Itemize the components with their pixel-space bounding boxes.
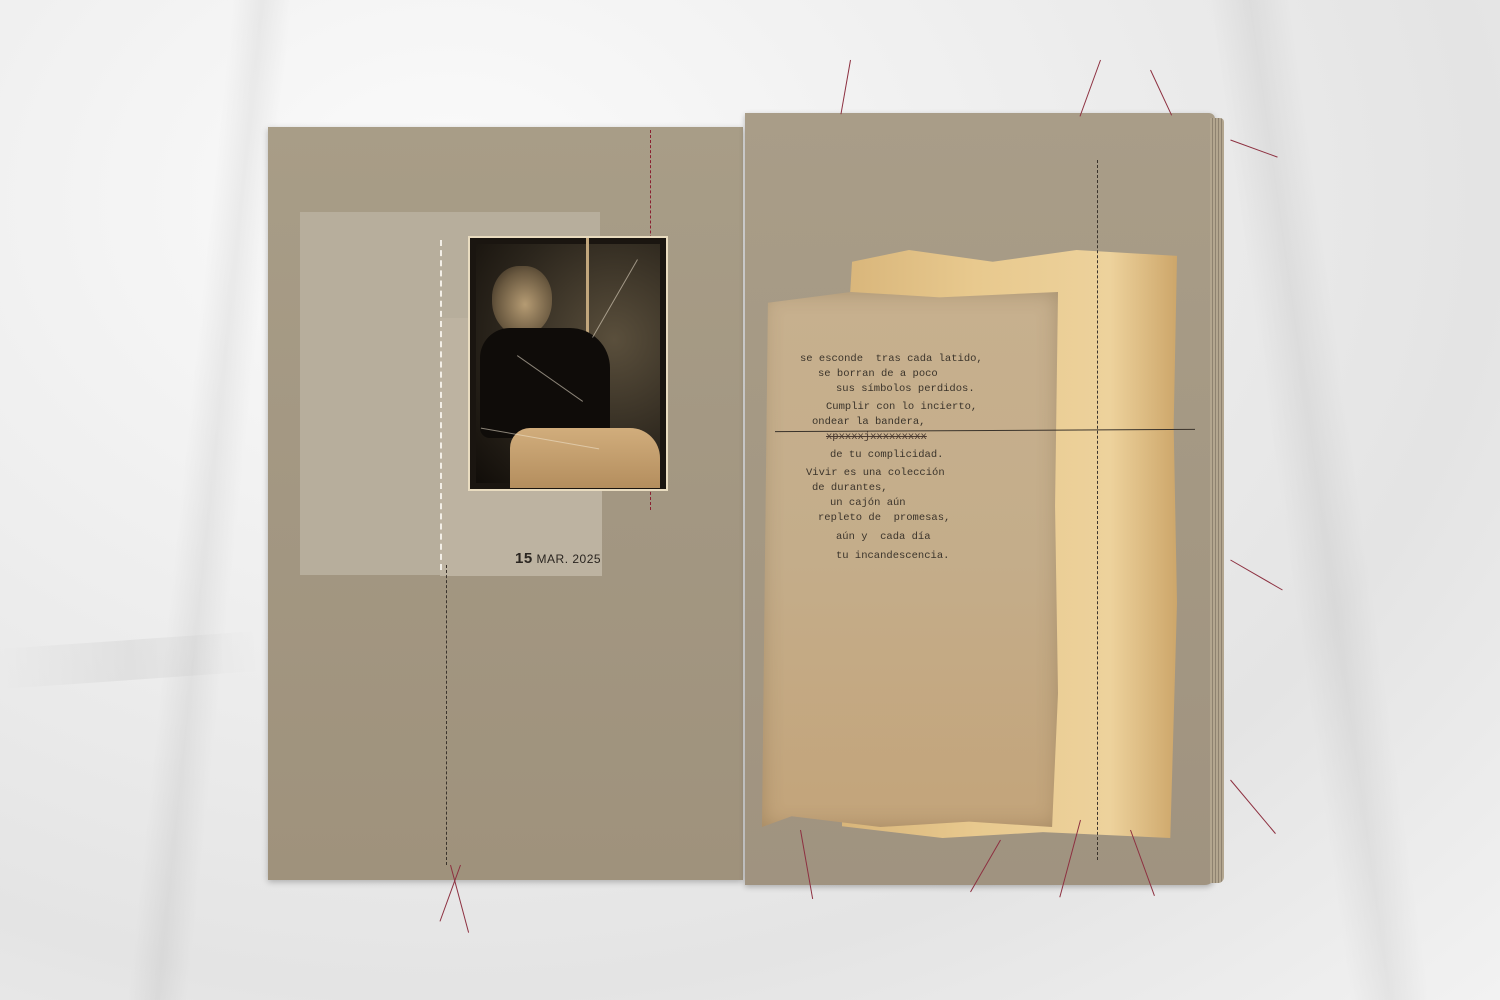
loose-thread (840, 60, 851, 114)
poem-line: aún y cada día (836, 530, 931, 545)
cloth-fold (1210, 0, 1431, 1000)
vintage-photograph (468, 236, 668, 491)
poem-line: de durantes, (812, 481, 888, 496)
poem-line: repleto de promesas, (818, 511, 950, 526)
poem-line: tu incandescencia. (836, 549, 949, 564)
black-stitch-line (446, 565, 447, 865)
poem-line-struck: xpxxxxjxxxxxxxxx (826, 430, 927, 445)
white-stitch-line (440, 240, 442, 570)
poem-line: Cumplir con lo incierto, (826, 400, 977, 415)
page-block-edges (1210, 118, 1224, 883)
date-stamp-day: 15 (515, 550, 533, 567)
poem-line: se borran de a poco (818, 367, 938, 382)
poem-line: de tu complicidad. (830, 448, 943, 463)
date-stamp: 15 MAR. 2025 (515, 550, 601, 567)
loose-thread (1230, 780, 1276, 834)
black-stitch-line (1097, 160, 1098, 860)
loose-thread (1080, 60, 1101, 117)
cloth-fold (0, 631, 261, 689)
date-stamp-month: MAR. (537, 552, 569, 566)
poem-line: un cajón aún (830, 496, 906, 511)
poem-line: Vivir es una colección (806, 466, 945, 481)
loose-thread (1150, 70, 1172, 116)
photo-person-body (480, 328, 610, 438)
date-stamp-year: 2025 (572, 552, 601, 566)
poem-line: sus símbolos perdidos. (836, 382, 975, 397)
loose-thread (1230, 560, 1282, 591)
photo-person-head (492, 266, 552, 336)
poem-line: ondear la bandera, (812, 415, 925, 430)
poem-line: se esconde tras cada latido, (800, 352, 983, 367)
